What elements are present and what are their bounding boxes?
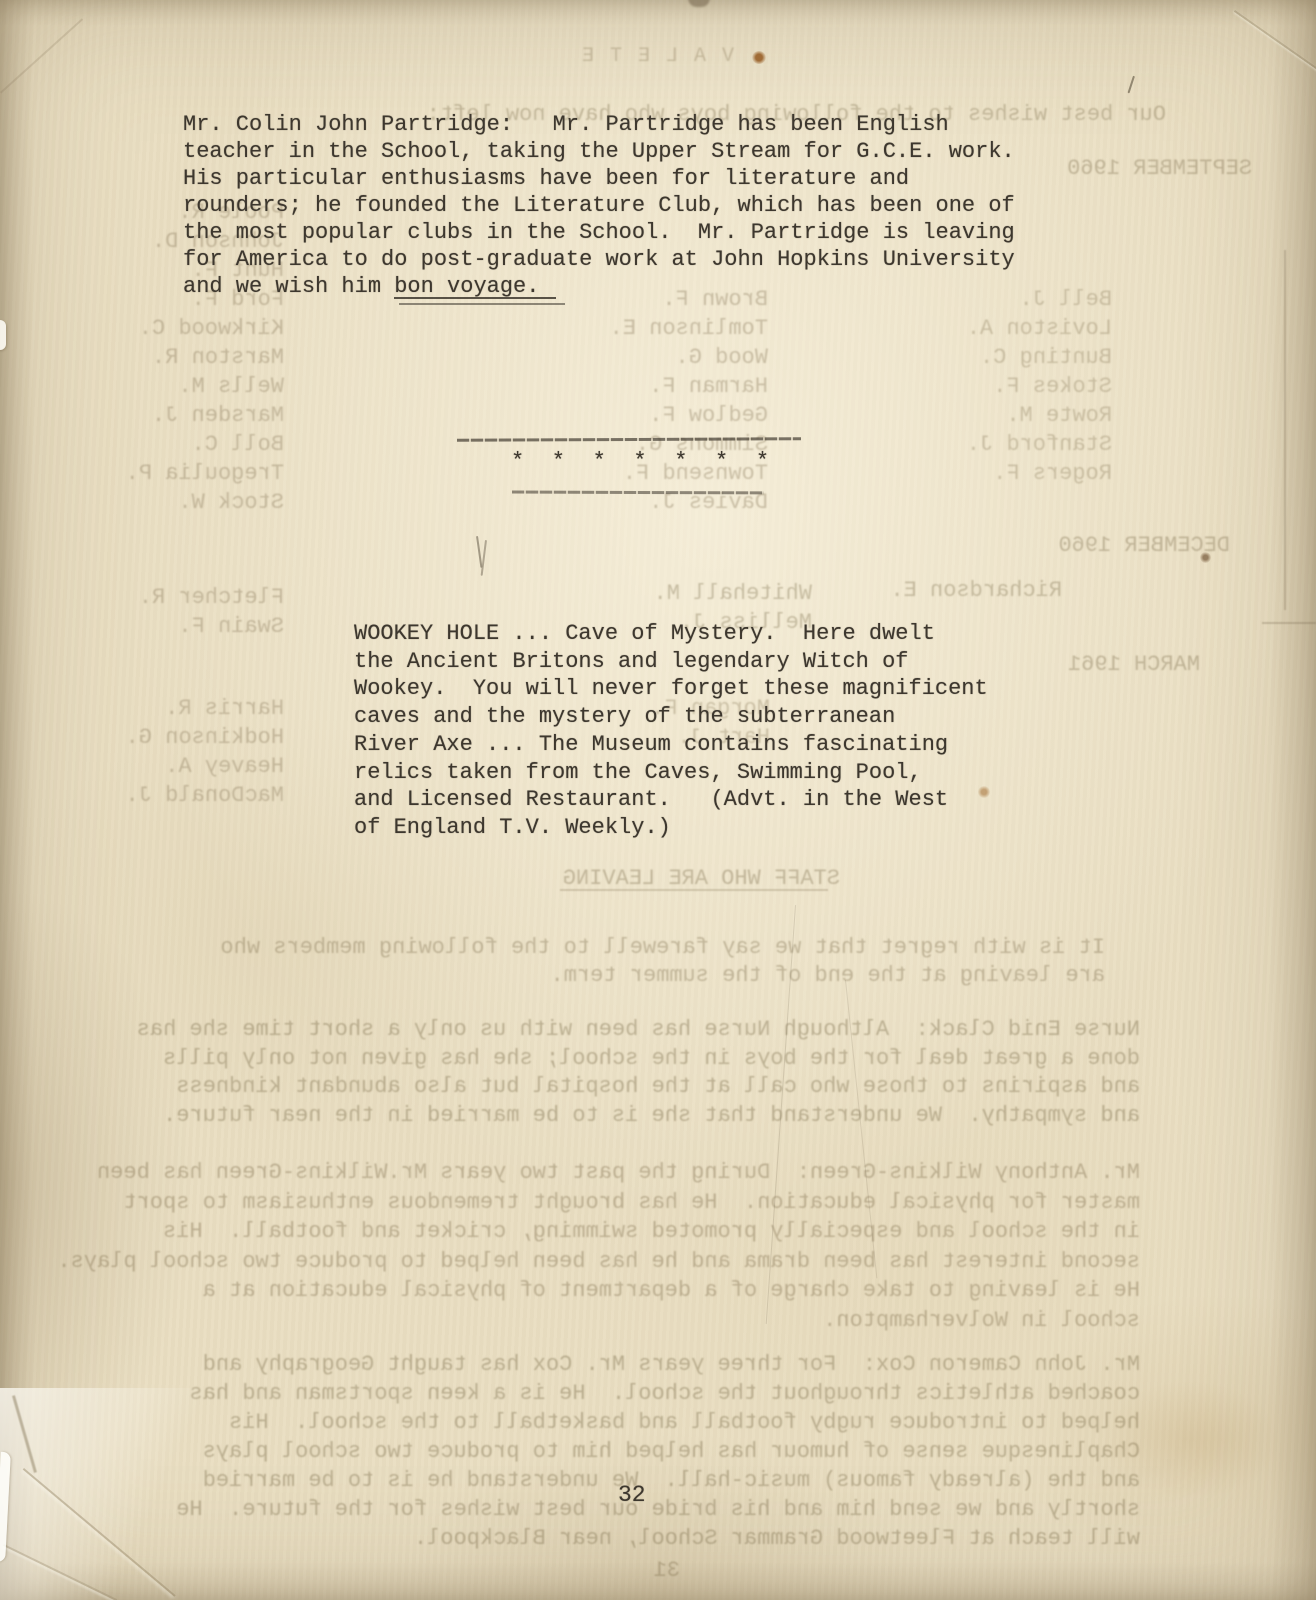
bleed-back-page-number: 31 (640, 1556, 680, 1585)
typed-paragraph-partridge: Mr. Colin John Partridge: Mr. Partridge … (183, 111, 1015, 300)
crease-top-right (1234, 10, 1316, 83)
typed-paragraph-wookey: WOOKEY HOLE ... Cave of Mystery. Here dw… (354, 620, 988, 842)
stain-blotch-bottom-right (1100, 1380, 1280, 1500)
separator-rule-bottom (512, 491, 764, 495)
bleed-staff-heading-underline (560, 889, 828, 891)
pencil-squiggle-left-2 (481, 540, 487, 576)
bleed-december-column-1: Fletcher R. Swain F. (70, 583, 284, 641)
top-edge-notch (688, 0, 710, 7)
bleed-september-label: SEPTEMBER 1960 (1062, 154, 1252, 183)
bon-voyage-underline (394, 297, 556, 299)
crease-top-left (0, 18, 83, 93)
bleed-september-column-2: Brown F. Tomlinson E. Wood G. Harman F. … (556, 285, 768, 517)
bleed-staff-intro: It is with regret that we say farewell t… (105, 934, 1105, 990)
separator-asterisk-row: * * * * * * * (511, 448, 769, 475)
bleed-december-column-3: Richardson E. (862, 576, 1062, 605)
crease-right-vertical (1284, 250, 1286, 610)
bleed-september-column-3: Bell J. Loviston A. Bunting C. Stokes F.… (924, 285, 1112, 488)
crease-right-mid (1262, 622, 1316, 624)
left-edge-tear (0, 320, 6, 350)
scanned-page: V A L E T E Our best wishes to the follo… (0, 0, 1316, 1600)
bleed-valete-heading: V A L E T E (612, 42, 734, 71)
pencil-mark-top-right (1127, 76, 1134, 94)
stain-dot-middle (978, 786, 990, 798)
bon-voyage-underline-second-strike (399, 303, 565, 305)
bleed-wilkins-green-paragraph: Mr. Anthony Wilkins-Green: During the pa… (68, 1158, 1140, 1335)
bleed-march-label: MARCH 1961 (1058, 650, 1200, 679)
page-number: 32 (618, 1482, 646, 1509)
stain-dot-top (752, 51, 766, 64)
bleed-march-column-1: Harris R. Hodkinson G. Heavey A. MacDona… (68, 694, 284, 810)
stain-dot-right (1200, 552, 1211, 563)
bleed-nurse-paragraph: Nurse Enid Clack: Although Nurse has bee… (68, 1016, 1140, 1130)
